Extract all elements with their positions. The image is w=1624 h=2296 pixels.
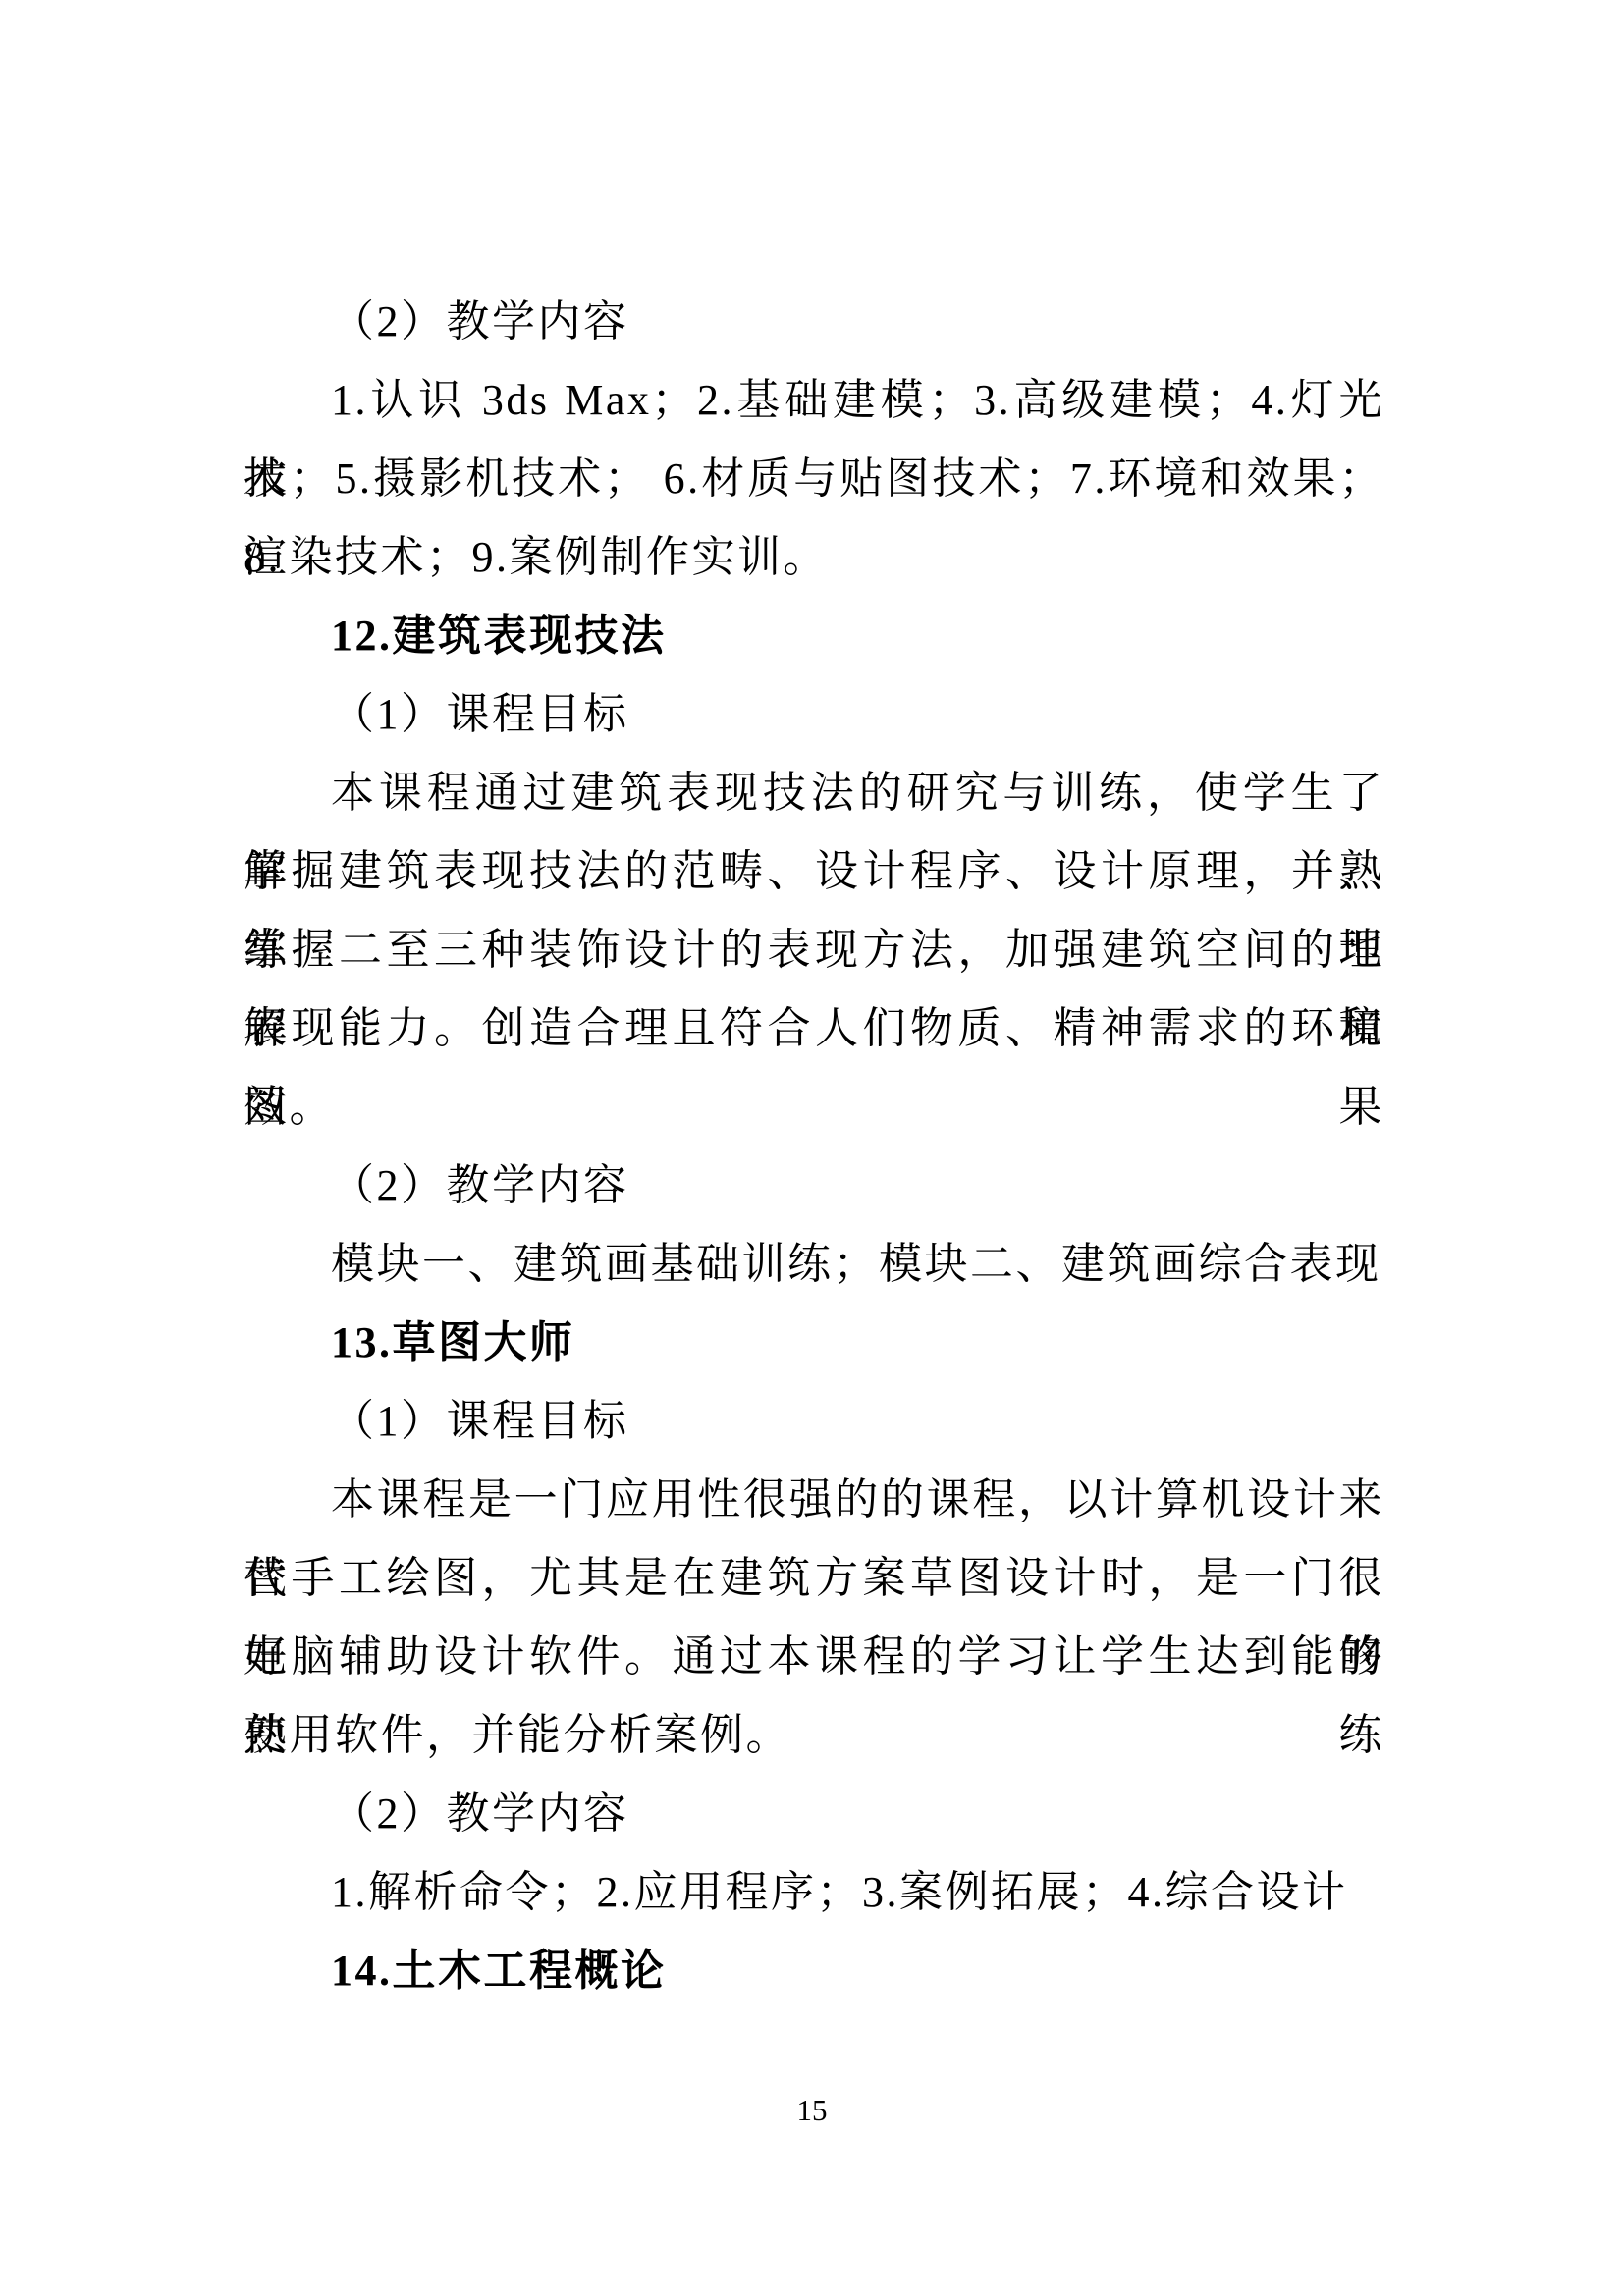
text-line: （1）课程目标 <box>244 1382 1384 1461</box>
document-page: （2）教学内容1.认识 3ds Max；2.基础建模；3.高级建模；4.灯光技术… <box>0 0 1624 2296</box>
document-body: （2）教学内容1.认识 3ds Max；2.基础建模；3.高级建模；4.灯光技术… <box>244 283 1384 2010</box>
text-line: （2）教学内容 <box>244 283 1384 361</box>
text-line: 电脑辅助设计软件。通过本课程的学习让学生达到能够熟练 <box>244 1618 1384 1696</box>
text-line: 1.认识 3ds Max；2.基础建模；3.高级建模；4.灯光技 <box>244 361 1384 440</box>
text-line: 1.解析命令；2.应用程序；3.案例拓展；4.综合设计 <box>244 1853 1384 1932</box>
page-number: 15 <box>0 2091 1624 2130</box>
section-heading: 13.草图大师 <box>244 1304 1384 1382</box>
section-heading: 14.土木工程概论 <box>244 1932 1384 2010</box>
text-line: 术；5.摄影机技术； 6.材质与贴图技术；7.环境和效果；8. <box>244 440 1384 518</box>
text-line: （2）教学内容 <box>244 1775 1384 1853</box>
text-line: 本课程通过建筑表现技法的研究与训练，使学生了解、 <box>244 754 1384 832</box>
text-line: 表现能力。创造合理且符合人们物质、精神需求的环境效果 <box>244 989 1384 1068</box>
text-line: 本课程是一门应用性很强的的课程，以计算机设计来代 <box>244 1461 1384 1539</box>
text-line: 模块一、建筑画基础训练；模块二、建筑画综合表现 <box>244 1225 1384 1304</box>
text-line: 渲染技术；9.案例制作实训。 <box>244 518 1384 597</box>
section-heading: 12.建筑表现技法 <box>244 597 1384 675</box>
text-line: （2）教学内容 <box>244 1147 1384 1225</box>
text-line: 替手工绘图，尤其是在建筑方案草图设计时，是一门很好的 <box>244 1539 1384 1618</box>
text-line: （1）课程目标 <box>244 675 1384 754</box>
text-line: 掌握二至三种装饰设计的表现方法，加强建筑空间的理解和 <box>244 911 1384 989</box>
text-line: 掌掘建筑表现技法的范畴、设计程序、设计原理，并熟练地 <box>244 832 1384 911</box>
